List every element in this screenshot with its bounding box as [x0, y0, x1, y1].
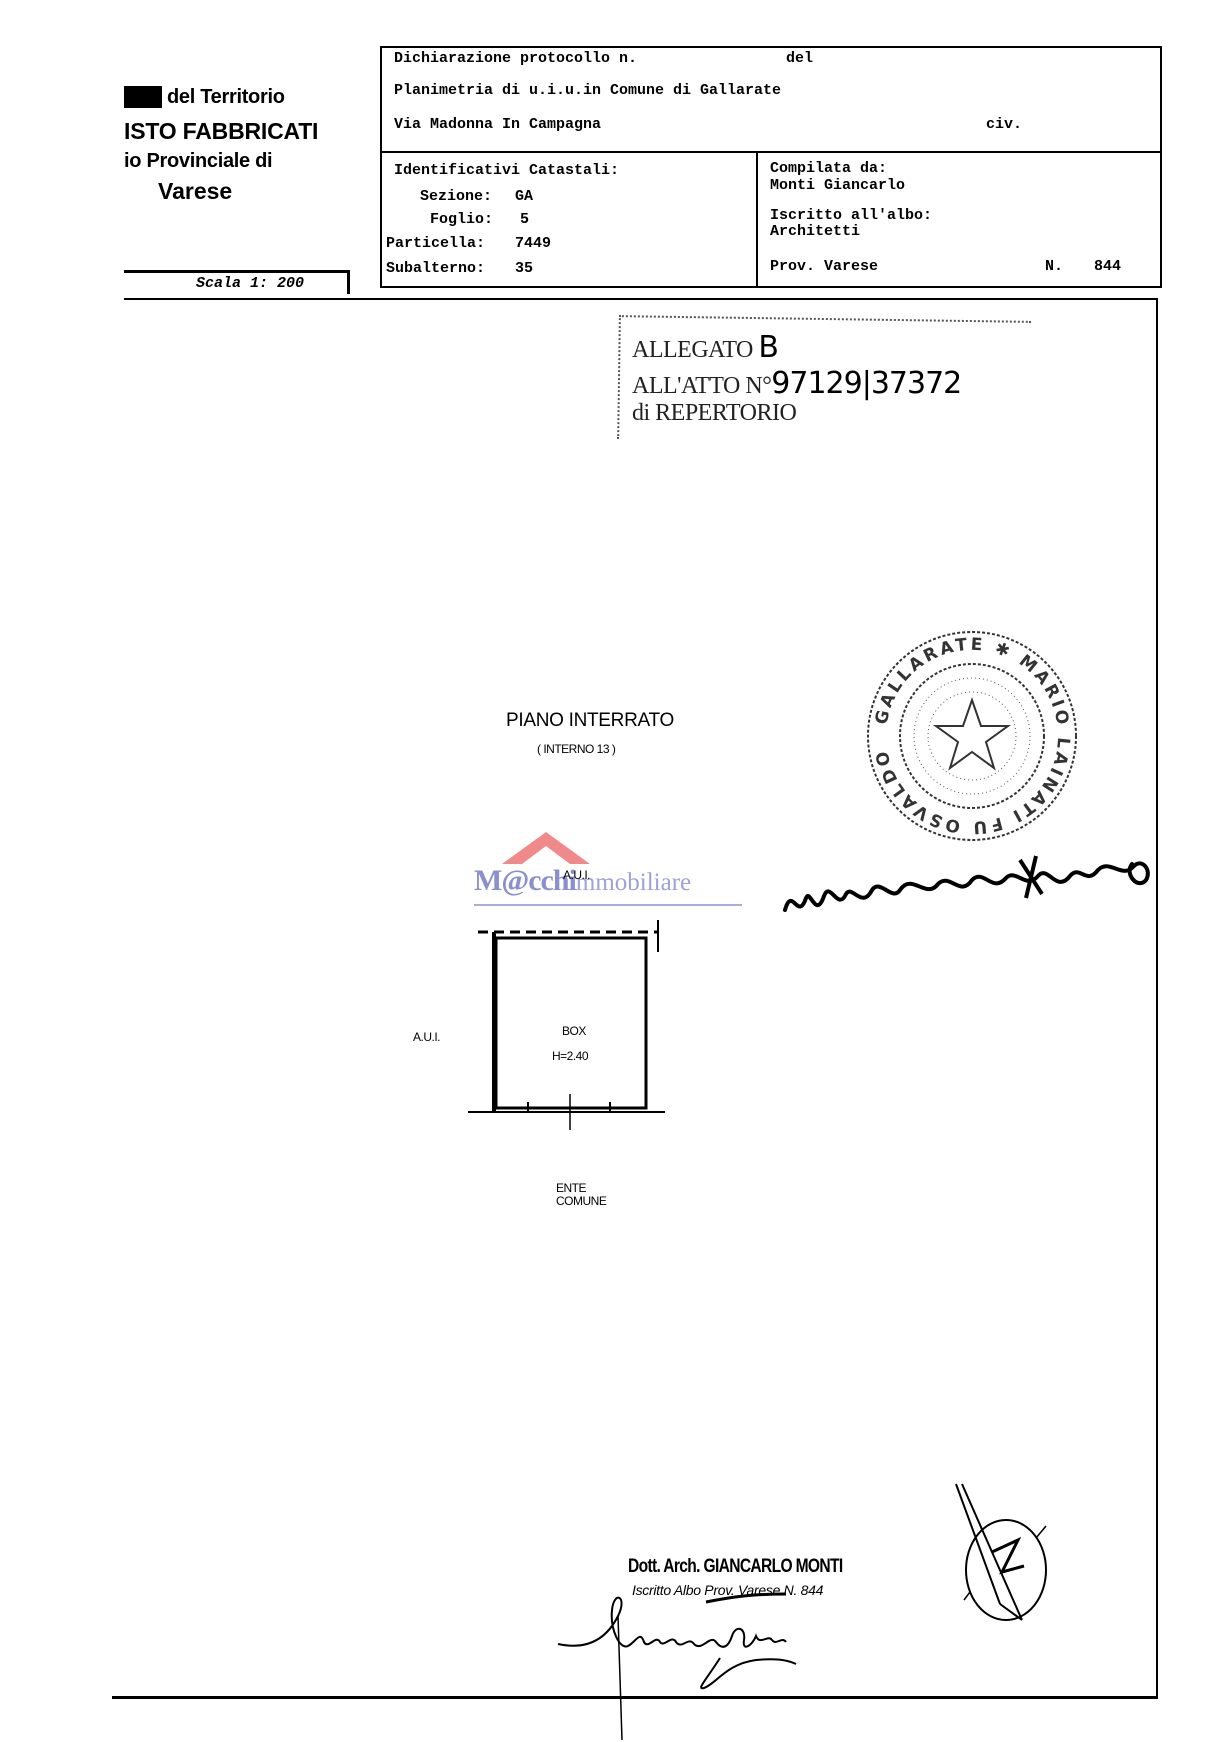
room-name: BOX [562, 1024, 586, 1038]
cadastral-field-label: Foglio: [430, 211, 493, 228]
architect-signature-icon [556, 1590, 976, 1740]
repertorio-line: di REPERTORIO [632, 400, 796, 427]
scale-label: Scala 1: 200 [196, 275, 304, 292]
compiler-title: Compilata da: [770, 160, 887, 177]
room-height: H=2.40 [552, 1049, 588, 1063]
cadastral-title: Identificativi Catastali: [394, 162, 619, 179]
compiler-register-value: Architetti [770, 223, 860, 240]
allegato-line: ALLEGATO B [632, 330, 778, 365]
cadastral-field-value: 7449 [515, 235, 551, 252]
watermark-brand-suffix: mmobiliare [576, 869, 691, 896]
cadastral-field-label: Particella: [386, 235, 485, 252]
cadastral-field-value: 35 [515, 260, 533, 277]
office-agency-text: del Territorio [167, 86, 285, 108]
office-city: Varese [158, 178, 232, 205]
office-provincial-text: Provinciale di [146, 150, 272, 172]
atto-line: ALL'ATTO N°97129|37372 [632, 366, 961, 401]
plan-title: PIANO INTERRATO [506, 710, 674, 732]
cadastral-field-label: Sezione: [420, 188, 492, 205]
frame-right-border [1156, 298, 1158, 1696]
office-registry-line: ISTO FABBRICATI [124, 118, 318, 145]
label-aui-left: A.U.I. [413, 1030, 440, 1044]
compiler-register-label: Iscritto all'albo: [770, 207, 932, 224]
frame-top-border [124, 298, 1158, 300]
plan-subtitle: ( INTERNO 13 ) [537, 742, 615, 756]
office-registry-text: FABBRICATI [183, 118, 319, 144]
compiler-number-label: N. [1045, 258, 1063, 275]
office-registry-prefix: ISTO [124, 118, 176, 144]
atto-number: 97129|37372 [771, 366, 961, 401]
address: Via Madonna In Campagna [394, 116, 601, 133]
notary-signature-icon [780, 850, 1160, 930]
office-agency-line: nzia del Territorio [124, 86, 285, 109]
civic-number-label: civ. [986, 116, 1022, 133]
compiler-province: Prov. Varese [770, 258, 878, 275]
header-column-divider [756, 151, 758, 288]
plan-description: Planimetria di u.i.u.in Comune di Gallar… [394, 82, 781, 99]
label-aui-top: A.U.I. [563, 868, 590, 882]
allegato-label: ALLEGATO [632, 337, 753, 363]
architect-stamp-name: Dott. Arch. GIANCARLO MONTI [628, 1556, 843, 1578]
watermark-roof-icon [498, 830, 594, 866]
allegato-letter: B [758, 330, 778, 365]
label-common-area-line1: ENTE [556, 1181, 586, 1195]
office-provincial-line: io Provinciale di [124, 150, 272, 173]
cadastral-field-value: 5 [520, 211, 529, 228]
header-divider [380, 151, 1162, 153]
compiler-name: Monti Giancarlo [770, 177, 905, 194]
office-provincial-prefix: io [124, 150, 141, 172]
cadastral-field-label: Subalterno: [386, 260, 485, 277]
protocol-label: Dichiarazione protocollo n. [394, 50, 637, 67]
watermark-underline [474, 904, 742, 906]
compiler-number-value: 844 [1094, 258, 1121, 275]
protocol-del-label: del [786, 50, 813, 67]
atto-label: ALL'ATTO N° [632, 373, 771, 399]
notary-seal-icon: GALLARATE ✱ MARIO LAINATI FU OSVALDO NOT… [864, 628, 1080, 844]
watermark-brand: M@cchi [474, 864, 576, 897]
office-agency-prefix: nzia [124, 86, 162, 108]
cadastral-field-value: GA [515, 188, 533, 205]
label-common-area-line2: COMUNE [556, 1194, 606, 1208]
